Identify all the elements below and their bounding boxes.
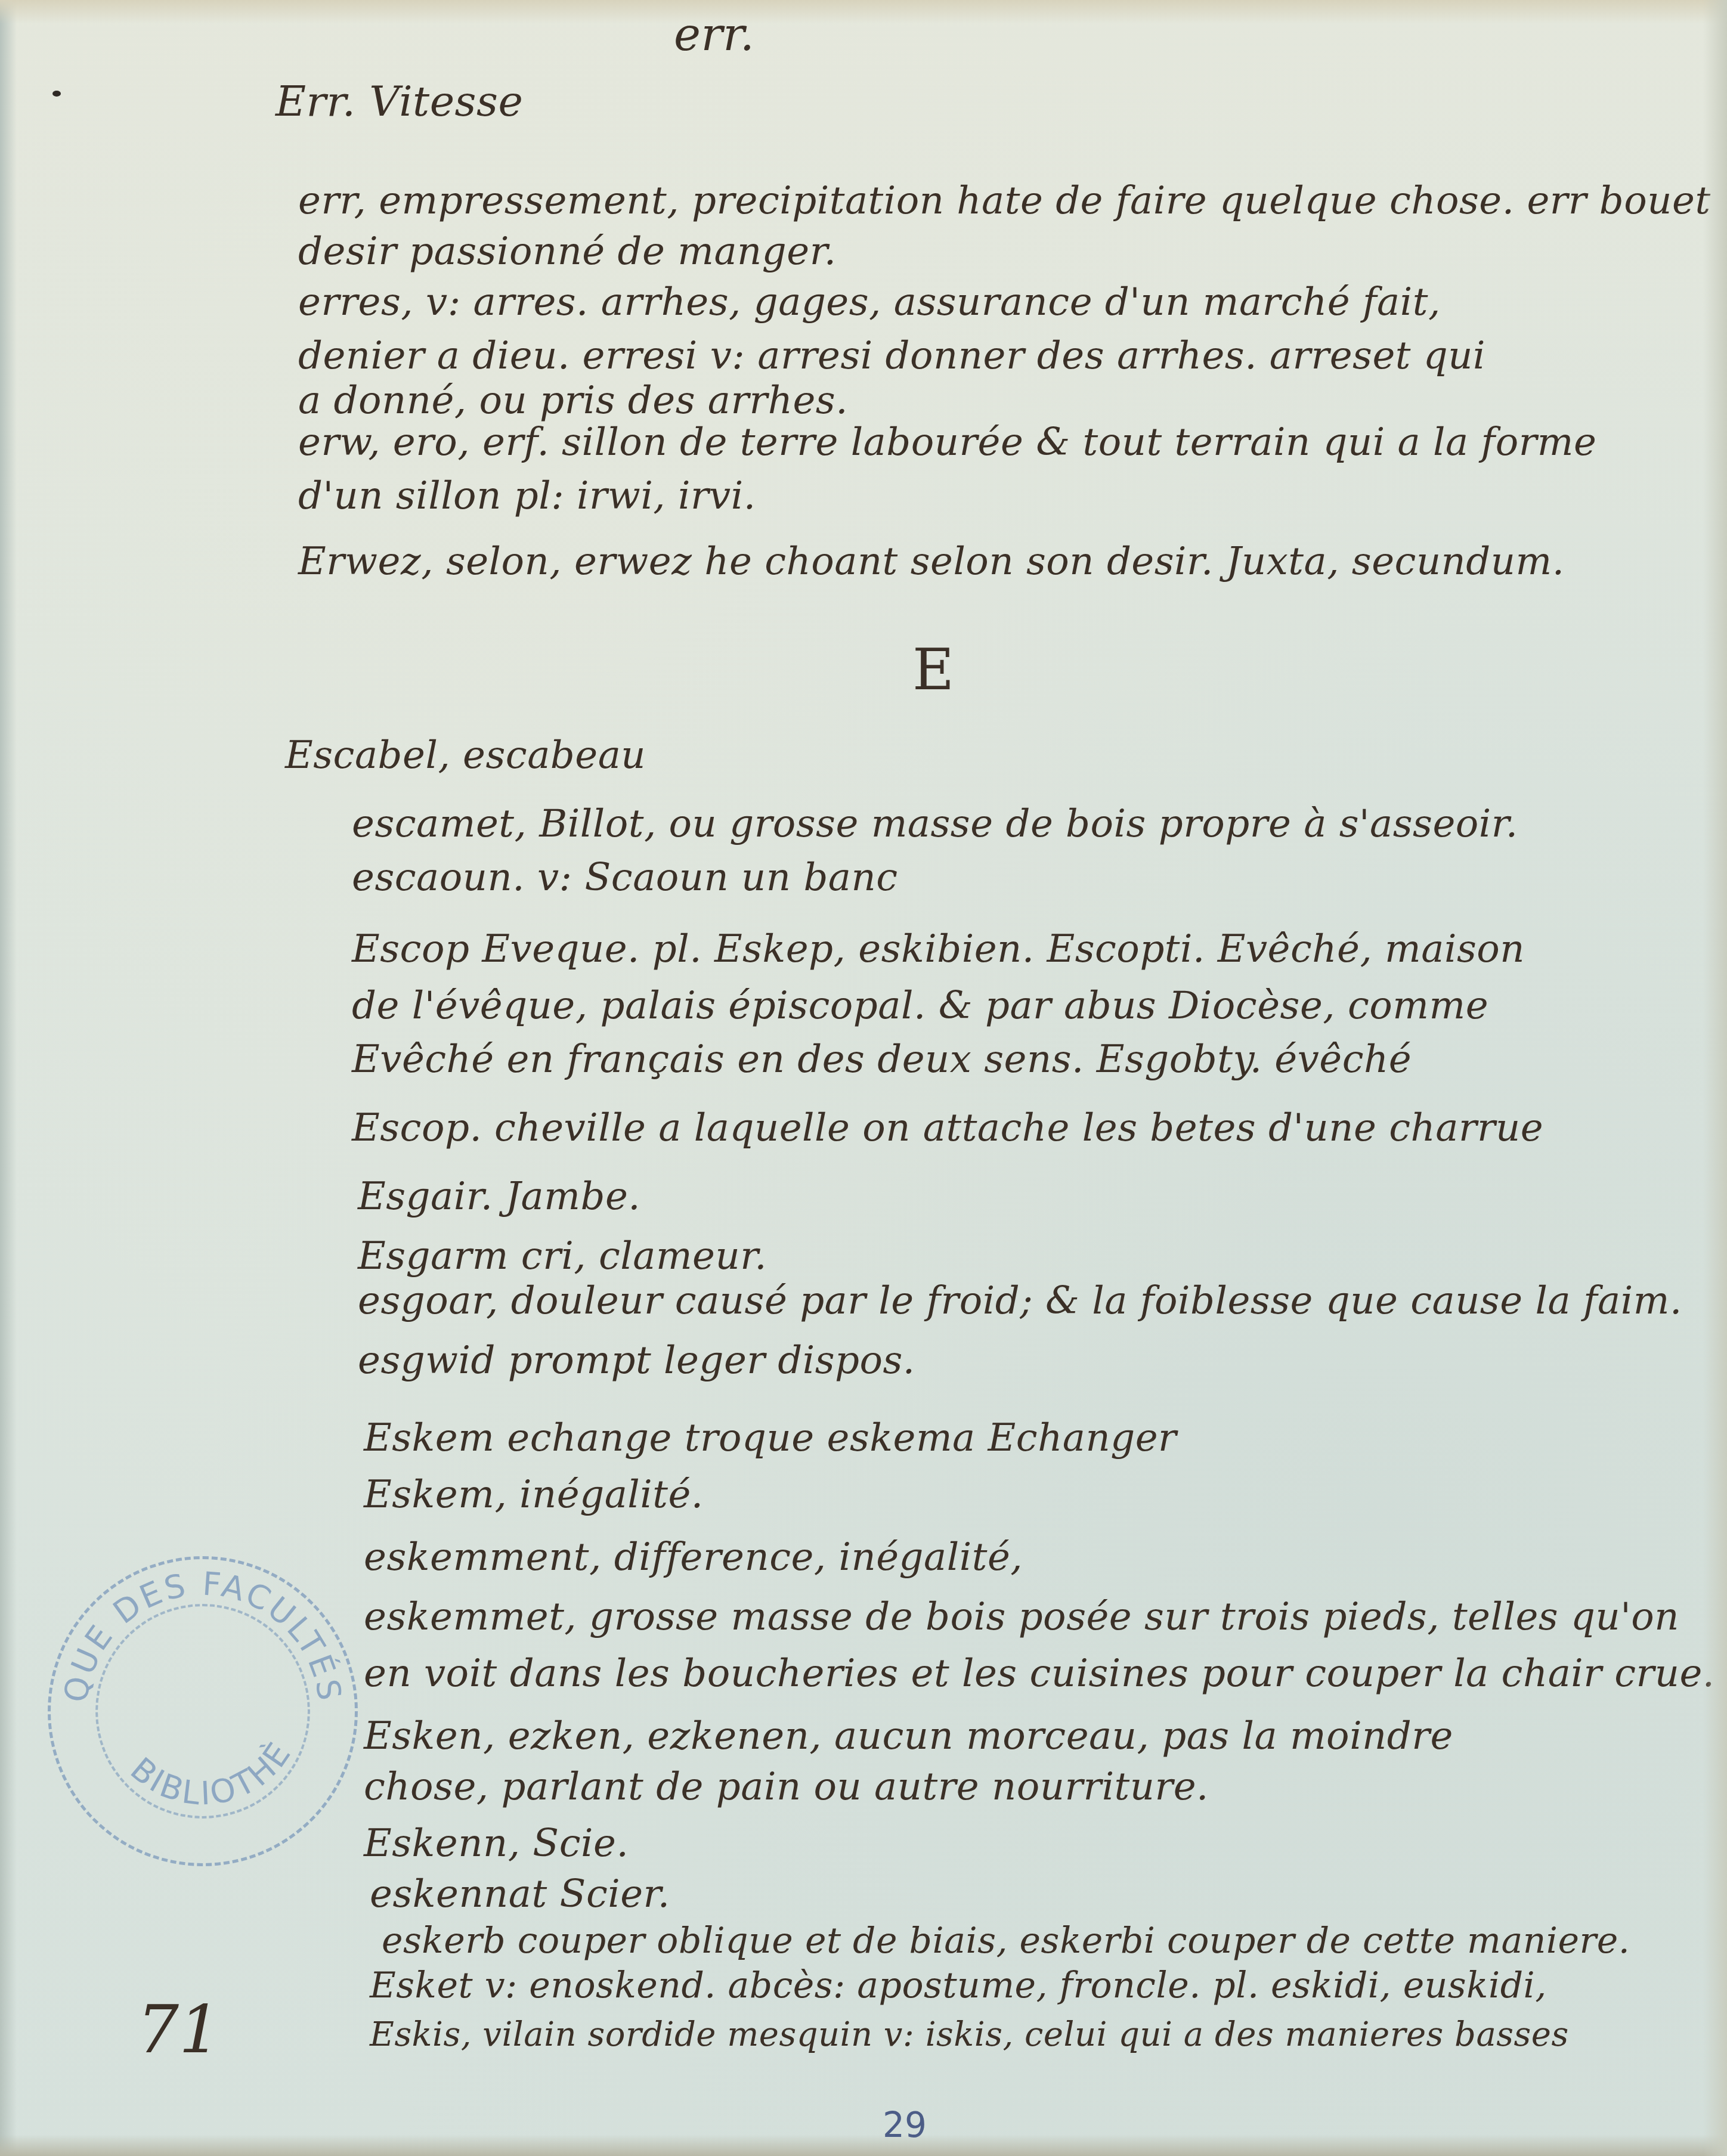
entry-line: de l'évêque, palais épiscopal. & par abu…: [352, 987, 1488, 1025]
entry-line: a donné, ou pris des arrhes.: [298, 382, 848, 420]
entry-line: escaoun. v: Scaoun un banc: [352, 859, 898, 897]
library-stamp: QUE DES FACULTÉS DE BIBLIOTHÈ: [48, 1556, 358, 1866]
svg-text:BIBLIOTHÈ: BIBLIOTHÈ: [123, 1734, 299, 1813]
svg-text:QUE DES FACULTÉS DE: QUE DES FACULTÉS DE: [51, 1559, 349, 1717]
entry-line: Evêché en français en des deux sens. Esg…: [352, 1040, 1412, 1079]
page-number: 29: [883, 2105, 927, 2145]
ink-blot: [52, 91, 61, 97]
entry-line: Esgair. Jambe.: [358, 1178, 640, 1216]
entry-line: desir passionné de manger.: [298, 233, 837, 271]
entry-line: eskennat Scier.: [370, 1875, 670, 1913]
running-header-word: err.: [674, 12, 754, 57]
entry-line: erres, v: arres. arrhes, gages, assuranc…: [298, 283, 1441, 321]
stamp-text-bottom: BIBLIOTHÈ: [123, 1734, 299, 1813]
entry-line: chose, parlant de pain ou autre nourritu…: [364, 1768, 1209, 1806]
entry-line: Esket v: enoskend. abcès: apostume, fron…: [370, 1968, 1547, 2003]
entry-line: erw, ero, erf. sillon de terre labourée …: [298, 423, 1596, 461]
entry-line: Escop Eveque. pl. Eskep, eskibien. Escop…: [352, 930, 1525, 968]
entry-line: eskemmet, grosse masse de bois posée sur…: [364, 1598, 1679, 1636]
entry-line: eskemment, difference, inégalité,: [364, 1538, 1023, 1576]
entry-line: d'un sillon pl: irwi, irvi.: [298, 477, 756, 515]
margin-folio-number: 71: [137, 1991, 221, 2068]
entry-line: en voit dans les boucheries et les cuisi…: [364, 1655, 1715, 1693]
entry-line: err, empressement, precipitation hate de…: [298, 182, 1711, 220]
entry-line: Esken, ezken, ezkenen, aucun morceau, pa…: [364, 1717, 1453, 1755]
entry-line: esgoar, douleur causé par le froid; & la…: [358, 1282, 1682, 1320]
paper-bottom-edge: [0, 2135, 1727, 2156]
entry-line: eskerb couper oblique et de biais, esker…: [382, 1923, 1630, 1959]
entry-line: Esgarm cri, clameur.: [358, 1237, 767, 1275]
entry-line: Erwez, selon, erwez he choant selon son …: [298, 543, 1565, 581]
entry-line: Eskem echange troque eskema Echanger: [364, 1419, 1177, 1457]
entry-line: esgwid prompt leger dispos.: [358, 1342, 915, 1380]
entry-line: Err. Vitesse: [276, 80, 523, 122]
entry-line: Eskis, vilain sordide mesquin v: iskis, …: [370, 2018, 1569, 2052]
library-stamp-text: QUE DES FACULTÉS DE BIBLIOTHÈ: [51, 1559, 355, 1863]
section-letter-heading: E: [912, 641, 955, 698]
manuscript-page: err. Err. Vitesse err, empressement, pre…: [0, 0, 1727, 2156]
entry-line: denier a dieu. erresi v: arresi donner d…: [298, 337, 1485, 375]
entry-line: Escabel, escabeau: [285, 736, 646, 775]
entry-line: Eskem, inégalité.: [364, 1476, 704, 1514]
stamp-text-top: QUE DES FACULTÉS DE: [51, 1559, 349, 1717]
entry-line: Eskenn, Scie.: [364, 1824, 629, 1863]
paper-top-stain: [0, 0, 1727, 24]
entry-line: Escop. cheville a laquelle on attache le…: [352, 1109, 1543, 1147]
entry-line: escamet, Billot, ou grosse masse de bois…: [352, 805, 1518, 843]
